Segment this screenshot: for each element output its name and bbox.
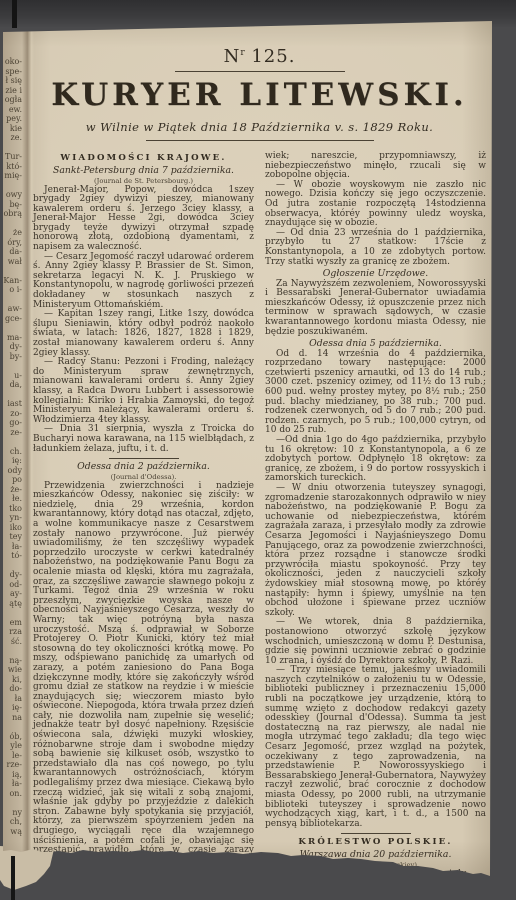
gutter-fragment: yle <box>3 741 22 751</box>
gutter-fragment: owy <box>3 190 22 200</box>
gutter-fragment <box>3 295 22 305</box>
gutter-fragment: ch. <box>3 447 22 457</box>
masthead-title: KURYER LITEWSKI. <box>33 77 486 113</box>
gutter-fragment: ze. <box>3 133 22 143</box>
issue-value: 125. <box>251 46 295 67</box>
publication-dateline: w Wilnie w Piątek dnia 18 Października v… <box>33 120 486 134</box>
gutter-fragment: wie <box>3 665 22 675</box>
gutter-fragment: ogła <box>3 95 22 105</box>
paragraph: Przewidzenia zwierzchności i nadzieje mi… <box>33 482 254 866</box>
text-columns: Wiadomości Krajowe.Sankt-Petersburg dnia… <box>33 152 486 879</box>
gutter-fragment: on. <box>3 789 22 799</box>
gutter-fragment: wą <box>3 827 22 837</box>
page-content: Nr 125. KURYER LITEWSKI. w Wilnie w Piąt… <box>33 46 486 879</box>
section-heading: Królestwo Polskie. <box>265 837 486 848</box>
section-heading: Wiadomości Krajowe. <box>33 153 254 164</box>
gutter-fragment: zie i <box>3 86 22 96</box>
gutter-fragment <box>3 361 22 371</box>
dateline-rule <box>146 140 374 141</box>
spine-line-top <box>12 0 17 28</box>
gutter-fragment: obrą <box>3 209 22 219</box>
gutter-fragment <box>3 608 22 618</box>
gutter-fragment: ię: <box>3 456 22 466</box>
gutter-fragment: na <box>3 713 22 723</box>
paragraph: — Od dnia 23 września do 1 października,… <box>265 229 486 267</box>
source-note: (z Gazety Warszawskiey). <box>265 861 486 869</box>
paragraph: Jenerał-Major, Popow, dowódca 1szey bryg… <box>33 186 254 253</box>
gutter-fragment <box>3 143 22 153</box>
spine-line-bottom <box>11 856 15 900</box>
gutter-fragment: iast <box>3 399 22 409</box>
gutter-fragment: spe- <box>3 67 22 77</box>
gutter-fragments: oko-spe-ł sięzie iogłaew.pey.kieze.Tur-k… <box>3 57 23 836</box>
issue-number: Nr 125. <box>33 46 486 67</box>
gutter-fragment: tey <box>3 532 22 542</box>
gutter-fragment: ła <box>3 694 22 704</box>
left-column: Wiadomości Krajowe.Sankt-Petersburg dnia… <box>33 152 254 879</box>
paragraph: — Radcy Stanu: Pezzoni i Froding, należą… <box>33 358 254 425</box>
gutter-fragment: mię- <box>3 171 22 181</box>
gutter-fragment <box>3 390 22 400</box>
gutter-fragment: tó- <box>3 551 22 561</box>
gutter-fragment: ze- <box>3 428 22 438</box>
gutter-fragment: zo- <box>3 409 22 419</box>
issue-label: N <box>224 46 241 67</box>
gutter-fragment: ła- <box>3 779 22 789</box>
scanned-newspaper-screenshot: { "colors":{"paper":"#d6cab3","ink":"#3c… <box>0 0 516 900</box>
gutter-fragment: pey. <box>3 114 22 124</box>
paragraph: — Cesarz Jegomość raczył udarować ordere… <box>33 253 254 311</box>
gutter-fragment: tko <box>3 504 22 514</box>
paragraph: — Trzy miesiące temu, jakeśmy uwiadomili… <box>265 666 486 829</box>
gutter-fragment: le- <box>3 751 22 761</box>
gutter-fragment: dy- <box>3 342 22 352</box>
paragraph-continuation: wiek; nareszcie, przypomniawszy, iż nieb… <box>265 152 486 181</box>
gutter-fragment: ki, <box>3 675 22 685</box>
gutter-fragment: ątę <box>3 599 22 609</box>
paragraph: Za Naywyższém zezwoleniem, Noworossyyski… <box>265 280 486 338</box>
gutter-fragment <box>3 323 22 333</box>
gutter-fragment: ść. <box>3 637 22 647</box>
gutter-fragment: bę- <box>3 200 22 210</box>
gutter-fragment: od- <box>3 580 22 590</box>
gutter-fragment: ch, <box>3 817 22 827</box>
gutter-fragment: Kan- <box>3 276 22 286</box>
gutter-fragment: łe. <box>3 494 22 504</box>
gutter-fragment <box>3 646 22 656</box>
gutter-fragment: że- <box>3 485 22 495</box>
gutter-fragment: oko- <box>3 57 22 67</box>
gutter-fragment: wał <box>3 257 22 267</box>
gutter-fragment: go- <box>3 418 22 428</box>
source-note: (Journal de St. Petersbourg.) <box>33 177 254 185</box>
separator-rule <box>341 833 411 834</box>
paragraph: —Od dnia 1go do 4go października, przyby… <box>265 436 486 484</box>
gutter-fragment: u- <box>3 371 22 381</box>
place-dateline: Warszawa dnia 20 października. <box>265 850 486 861</box>
gutter-fragment: ią, <box>3 770 22 780</box>
gutter-fragment <box>3 437 22 447</box>
source-note: (Journal d'Odessa). <box>33 473 254 481</box>
paragraph: — Kapitan 1szey rangi, Litke 1szy, dowód… <box>33 310 254 358</box>
gutter-fragment: Tur- <box>3 152 22 162</box>
gutter-fragment: iko <box>3 523 22 533</box>
gutter-fragment: ię- <box>3 703 22 713</box>
paragraph: Dnia 14 października r. b. otwarte zosta… <box>265 870 486 880</box>
gutter-fragment: óry, <box>3 238 22 248</box>
gutter-fragment: da- <box>3 247 22 257</box>
gutter-fragment: da, <box>3 380 22 390</box>
gutter-fragment <box>3 219 22 229</box>
separator-rule <box>109 458 179 459</box>
gutter-fragment: ób, <box>3 732 22 742</box>
gutter-fragment: o i- <box>3 285 22 295</box>
place-dateline: Sankt-Petersburg dnia 7 października. <box>33 166 254 177</box>
gutter-fragment: rza <box>3 627 22 637</box>
gutter-fragment: ody <box>3 466 22 476</box>
gutter-fragment <box>3 722 22 732</box>
gutter-fragment: dy- <box>3 570 22 580</box>
gutter-fragment: em <box>3 618 22 628</box>
gutter-fragment <box>3 798 22 808</box>
gutter-fragment: gce- <box>3 314 22 324</box>
gutter-fragment: kie <box>3 124 22 134</box>
paragraph: — W obozie woyskowym nie zaszło nic nowe… <box>265 181 486 229</box>
gutter-fragment <box>3 561 22 571</box>
issue-sup: r <box>240 48 244 58</box>
gutter-fragment: ma- <box>3 333 22 343</box>
gutter-fragment: ny <box>3 808 22 818</box>
gutter-fragment: do- <box>3 684 22 694</box>
gutter-fragment <box>3 266 22 276</box>
gutter-fragment: ną- <box>3 656 22 666</box>
gutter-fragment <box>3 181 22 191</box>
issue-rule <box>175 71 345 72</box>
gutter-fragment: yn- <box>3 513 22 523</box>
gutter-fragment: po <box>3 475 22 485</box>
paragraph: Od d. 14 września do 4 października, roz… <box>265 350 486 436</box>
torn-paper-scrap <box>0 846 54 892</box>
paragraph: — W dniu otworzenia tuteyszey synagogi, … <box>265 484 486 618</box>
paragraph: — We wtorek, dnia 8 października, postan… <box>265 618 486 666</box>
gutter-fragment: ł się <box>3 76 22 86</box>
place-dateline: Odessa dnia 2 października. <box>33 462 254 473</box>
newspaper-page: oko-spe-ł sięzie iogłaew.pey.kieze.Tur-k… <box>3 21 492 881</box>
gutter-fragment: że <box>3 228 22 238</box>
gutter-fragment: ew. <box>3 105 22 115</box>
gutter-fragment: rze- <box>3 760 22 770</box>
gutter-fragment: któ- <box>3 162 22 172</box>
gutter-fragment: by- <box>3 352 22 362</box>
gutter-fragment: aw- <box>3 304 22 314</box>
gutter-fragment: ła- <box>3 542 22 552</box>
right-column: wiek; nareszcie, przypomniawszy, iż nieb… <box>265 152 486 879</box>
paragraph: — Dnia 31 sierpnia, wyszła z Troicka do … <box>33 425 254 454</box>
gutter-fragment: ay- <box>3 589 22 599</box>
